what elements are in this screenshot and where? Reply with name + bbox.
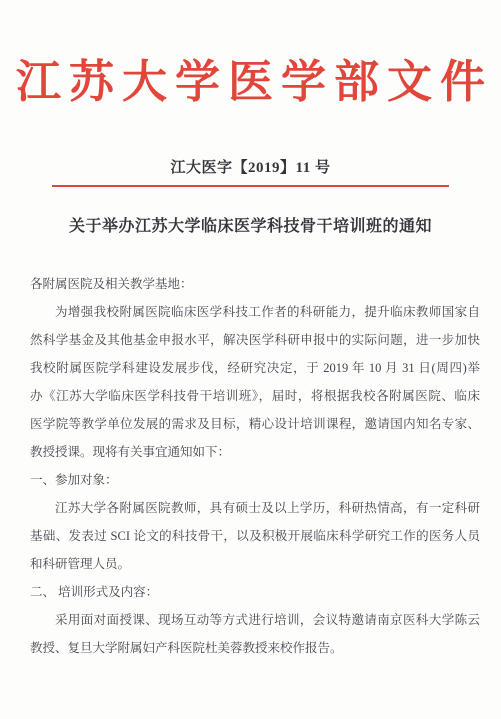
- salutation-line: 各附属医院及相关教学基地：: [30, 270, 480, 298]
- notice-title: 关于举办江苏大学临床医学科技骨干培训班的通知: [0, 215, 501, 239]
- body-line: 办《江苏大学临床医学科技骨干培训班》，届时，将根据我校各附属医院、临床: [30, 382, 480, 410]
- body-line: 医学院等教学单位发展的需求及目标，精心设计培训课程，邀请国内知名专家、: [30, 410, 480, 438]
- body-line: 为增强我校附属医院临床医学科技工作者的科研能力，提升临床教师国家自: [30, 298, 480, 326]
- body-line: 教授、复旦大学附属妇产科医院杜美蓉教授来校作报告。: [30, 634, 480, 662]
- document-page: 江苏大学医学部文件 江大医字【2019】11 号 关于举办江苏大学临床医学科技骨…: [0, 0, 501, 719]
- section-heading: 一、参加对象：: [30, 466, 480, 494]
- letterhead-title: 江苏大学医学部文件: [0, 54, 501, 110]
- body-line: 和科研管理人员。: [30, 550, 480, 578]
- red-separator-rule: [52, 185, 449, 187]
- doc-number: 江大医字【2019】11 号: [0, 159, 501, 177]
- body-line: 基础、发表过 SCI 论文的科技骨干，以及积极开展临床科学研究工作的医务人员: [30, 522, 480, 550]
- notice-body: 各附属医院及相关教学基地：为增强我校附属医院临床医学科技工作者的科研能力，提升临…: [0, 270, 501, 662]
- letterhead: 江苏大学医学部文件 江大医字【2019】11 号: [0, 54, 501, 187]
- body-line: 江苏大学各附属医院教师，具有硕士及以上学历，科研热情高，有一定科研: [30, 494, 480, 522]
- body-line: 我校附属医院学科建设发展步伐，经研究决定，于 2019 年 10 月 31 日(…: [30, 354, 480, 382]
- body-line: 教授授课。现将有关事宜通知如下：: [30, 438, 480, 466]
- body-line: 采用面对面授课、现场互动等方式进行培训，会议特邀请南京医科大学陈云: [30, 606, 480, 634]
- section-heading: 二、 培训形式及内容：: [30, 578, 480, 606]
- body-line: 然科学基金及其他基金申报水平，解决医学科研申报中的实际问题，进一步加快: [30, 326, 480, 354]
